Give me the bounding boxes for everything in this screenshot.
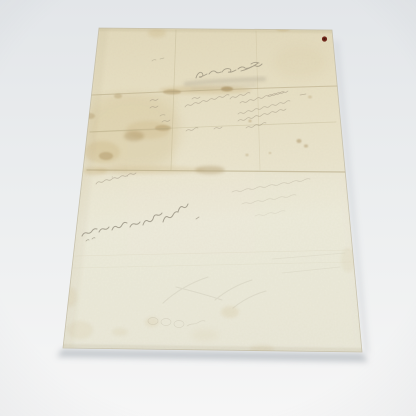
product-photo bbox=[0, 0, 416, 416]
photo-vignette bbox=[0, 0, 416, 416]
